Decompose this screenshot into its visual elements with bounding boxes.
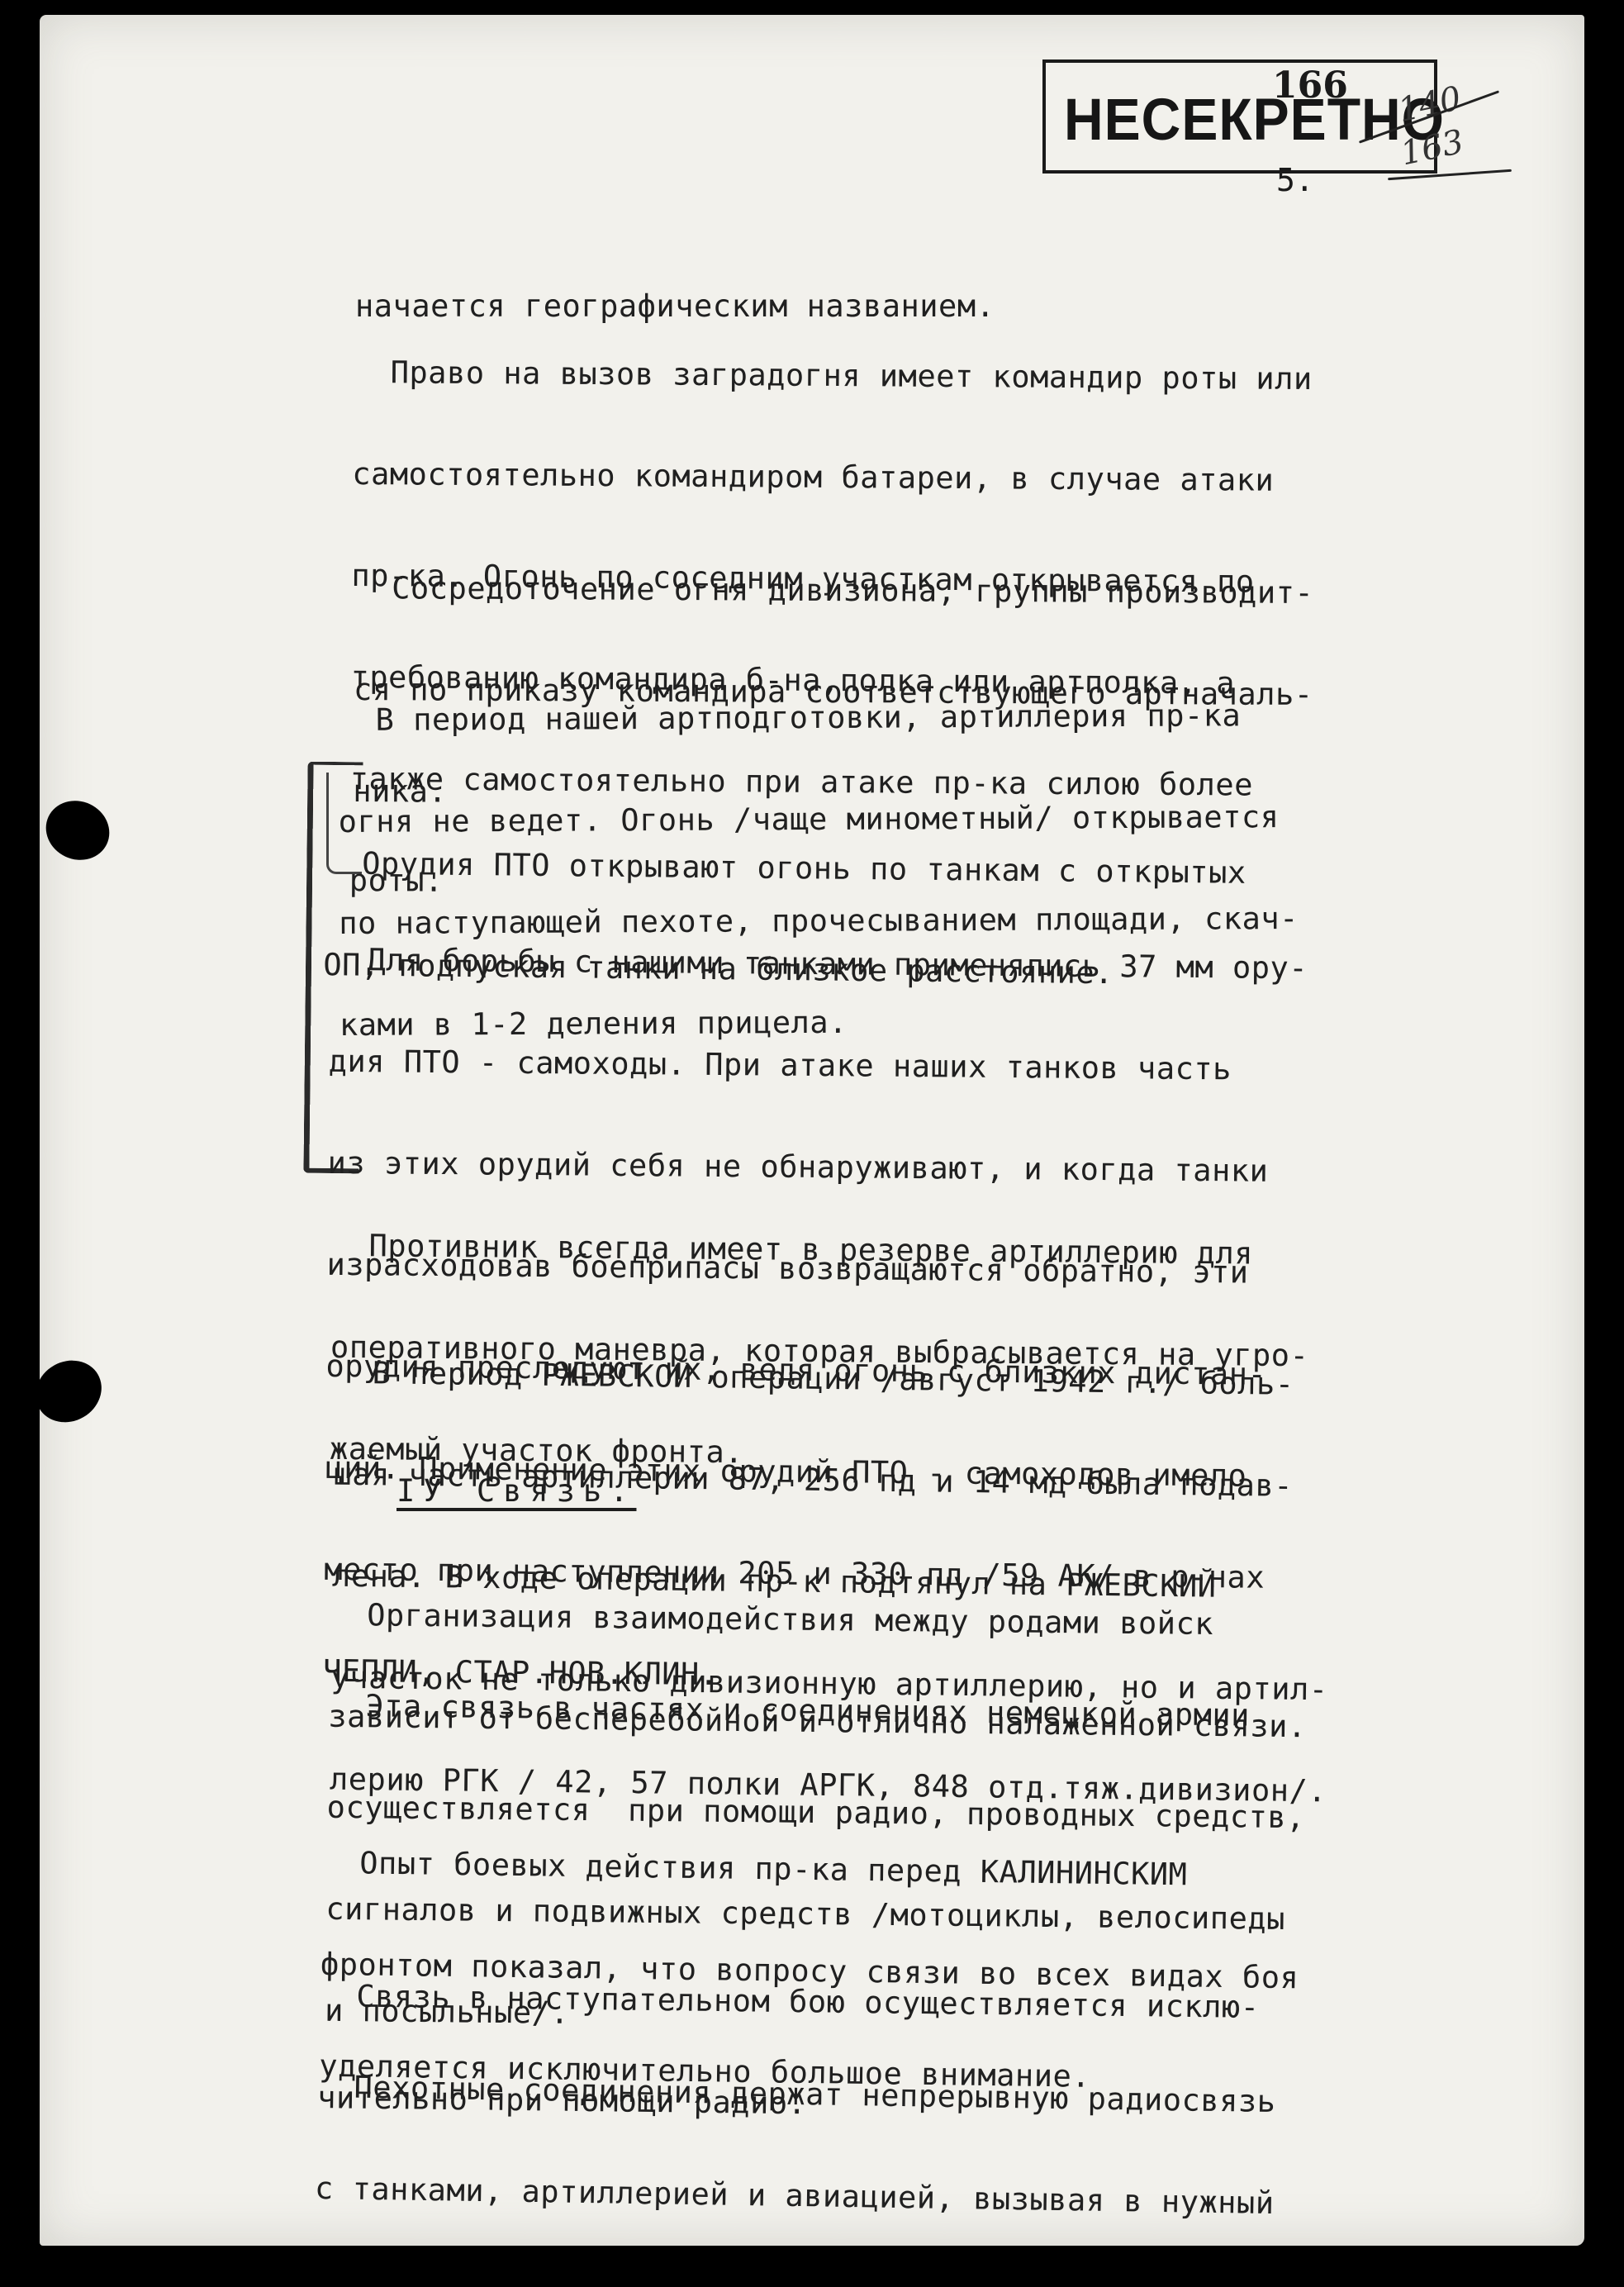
text-line: Противник всегда имеет в резерве артилле… xyxy=(331,1229,1310,1271)
page-number: 5. xyxy=(1276,162,1314,198)
text-line: Пехотные соединения держат непрерывную р… xyxy=(316,2070,1276,2118)
text-line: самостоятельно командиром батареи, в слу… xyxy=(352,457,1312,497)
text-line: Для борьбы с нашими танками применялись … xyxy=(330,943,1308,985)
text-line: Право на вызов заградогня имеет командир… xyxy=(353,355,1313,396)
text-line: Опыт боевых действия пр-ка перед КАЛИНИН… xyxy=(321,1846,1300,1894)
text-line: В период нашей артподготовки, артиллерия… xyxy=(338,698,1298,737)
classification-stamp: НЕСЕКРЕТНО xyxy=(1042,59,1437,174)
text-line: дия ПТО - самоходы. При атаке наших танк… xyxy=(329,1044,1308,1086)
text-line: с танками, артиллерией и авиацией, вызыв… xyxy=(315,2171,1275,2220)
text-line: Сосредоточение огня дивизиона, группы пр… xyxy=(354,571,1314,610)
paragraph: Пехотные соединения держат непрерывную р… xyxy=(313,2002,1277,2287)
section-heading: IУ Связь. xyxy=(397,1474,636,1508)
text-line: Эта связь в частях и соединениях немецко… xyxy=(328,1689,1307,1733)
text-line: В период РЖЕВСКОЙ операции /август 1942 … xyxy=(335,1356,1332,1402)
stamp-label: НЕСЕКРЕТНО xyxy=(1064,85,1445,153)
archive-sheet-number: 166 xyxy=(1272,64,1348,107)
typewritten-body: начается географическим названием. Право… xyxy=(0,0,38,949)
